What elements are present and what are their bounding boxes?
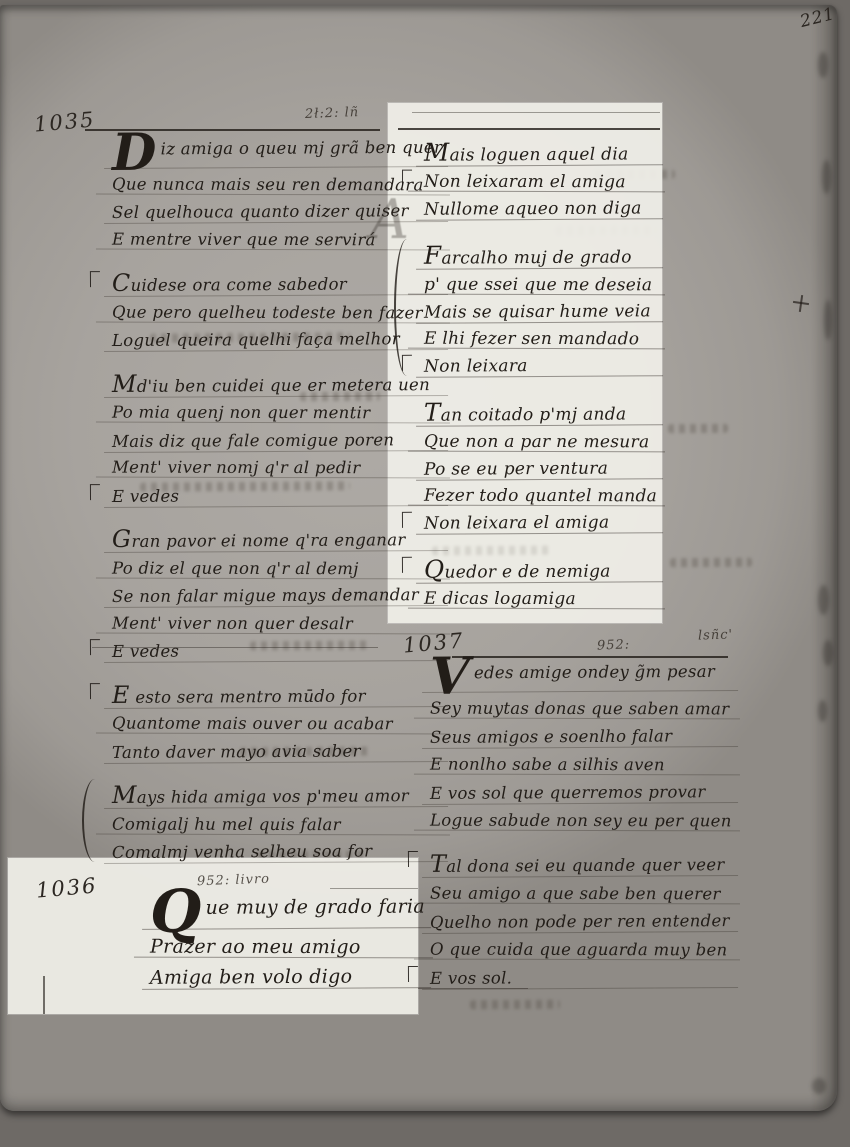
ink-blot (818, 585, 829, 615)
stanza: Md'iu ben cuidei que er metera uenPo mia… (112, 370, 442, 510)
verse-line: Cuidese ora come sabedor (112, 268, 442, 300)
verse-line: O que cuida que aguarda muy ben (430, 935, 732, 964)
verse-line: Non leixara el amiga (424, 509, 657, 537)
colocci-annotation: 952: livro (197, 872, 271, 890)
verse-line: E vedes (112, 481, 442, 511)
verse-line: Quelho non pode per ren entender (430, 907, 732, 937)
verse-line: E vos sol que querremos provar (430, 778, 732, 808)
verse-line: Sey muytas donas que saben amar (430, 694, 732, 723)
ink-blot (822, 160, 831, 194)
pen-stroke (43, 976, 45, 1014)
ink-blot (818, 700, 827, 722)
verse-line: Tanto daver mayo avia saber (112, 737, 442, 767)
verse-line: Md'iu ben cuidei que er metera uen (112, 369, 442, 401)
verse-line: Mays hida amiga vos p'meu amor (112, 780, 442, 812)
verse-line: Que pero quelheu todeste ben fazer (112, 298, 442, 326)
stanza: Mays hida amiga vos p'meu amorComigalj h… (112, 781, 442, 866)
ruled-line (412, 112, 660, 113)
ink-blot (824, 300, 832, 340)
verse-line: Po diz el que non q'r al demj (112, 554, 442, 582)
verse-line: Prazer ao meu amigo (150, 932, 425, 963)
verse-line: E dicas logamiga (424, 586, 657, 614)
verse-line: Farcalho muj de grado (424, 240, 657, 272)
bleed-through-text (668, 424, 728, 433)
poem-1035-right-column: Mais loguen aquel diaNon leixaram el ami… (424, 138, 657, 631)
drop-cap: Q (150, 891, 202, 934)
colocci-annotation: 952: (597, 637, 631, 653)
verse-line: Quedor e de nemiga (424, 554, 657, 586)
verse-line: Nullome aqueo non diga (424, 195, 657, 223)
verse-line: Vedes amige ondey g̃m pesar (430, 657, 732, 696)
poem-1036-block: Que muy de grado fariaPrazer ao meu amig… (150, 890, 425, 1008)
stanza: Mais loguen aquel diaNon leixaram el ami… (424, 138, 657, 223)
ruled-line (92, 647, 378, 648)
verse-line: Mais diz que fale comigue poren (112, 426, 442, 456)
verse-line: Quantome mais ouver ou acabar (112, 710, 442, 738)
ink-blot (823, 640, 833, 666)
colocci-annotation: lsñc' (698, 627, 734, 643)
verse-line: Diz amiga o queu mj grã ben quer (112, 133, 442, 172)
verse-line: Que muy de grado faria (150, 889, 425, 933)
verse-line: Se non falar migue mays demandar (112, 581, 442, 611)
stanza: Tan coitado p'mj andaQue non a par ne me… (424, 398, 657, 537)
stanza: Vedes amige ondey g̃m pesarSey muytas do… (430, 658, 732, 835)
verse-line: Comalmj venha selheu soa for (112, 837, 442, 867)
verse-line: Po se eu per ventura (424, 455, 657, 483)
stanza: Gran pavor ei nome q'ra enganarPo diz el… (112, 525, 442, 665)
drop-cap: D (112, 135, 157, 172)
verse-line: Logue sabude non sey eu per quen (430, 806, 732, 835)
manuscript-scan: 221 1035 2ł:2: lñ Diz amiga o queu mj gr… (0, 0, 850, 1147)
verse-line: Tan coitado p'mj anda (424, 397, 657, 429)
verse-line: Non leixaram el amiga (424, 169, 657, 197)
poem-1037-block: Vedes amige ondey g̃m pesarSey muytas do… (430, 658, 732, 1006)
verse-line: Seus amigos e soenlho falar (430, 722, 732, 752)
verse-line: Fezer todo quantel manda (424, 483, 657, 511)
drop-cap: V (430, 659, 470, 696)
verse-line: Mais se quisar hume veia (424, 298, 657, 326)
ink-blot (812, 1078, 826, 1094)
verse-line: Ment' viver non quer desalr (112, 609, 442, 637)
bleed-through-text (670, 558, 752, 568)
verse-line: Gran pavor ei nome q'ra enganar (112, 524, 442, 556)
verse-line: E lhi fezer sen mandado (424, 326, 657, 354)
verse-line: E vedes (112, 636, 442, 666)
colocci-annotation: 2ł:2: lñ (305, 105, 360, 122)
verse-line: Comigalj hu mel quis falar (112, 810, 442, 838)
verse-line: E nonlho sabe a silhis aven (430, 750, 732, 779)
verse-line: Loguel queira quelhi faça melhor (112, 325, 442, 355)
ink-blot (818, 52, 828, 78)
verse-line: Tal dona sei eu quande quer veer (430, 848, 732, 881)
stanza: Quedor e de nemigaE dicas logamiga (424, 555, 657, 613)
verse-line: Ment' viver nomj q'r al pedir (112, 454, 442, 482)
verse-line: E esto sera mentro mūdo for (112, 680, 442, 712)
verse-line: Non leixara (424, 352, 657, 380)
verse-line: E vos sol. (430, 963, 732, 993)
verse-line: Po mia quenj non quer mentir (112, 399, 442, 427)
stanza: Farcalho muj de gradop' que ssei que me … (424, 241, 657, 380)
verse-line: Mais loguen aquel dia (424, 137, 657, 169)
verse-line: Que non a par ne mesura (424, 429, 657, 457)
verse-line: Seu amigo a que sabe ben querer (430, 879, 732, 908)
stanza: Que muy de grado fariaPrazer ao meu amig… (150, 890, 425, 992)
ruled-line (398, 128, 660, 130)
stanza: Cuidese ora come sabedorQue pero quelheu… (112, 269, 442, 354)
verse-line: Amiga ben volo digo (150, 962, 425, 994)
verse-line: p' que ssei que me deseia (424, 272, 657, 300)
stanza: E esto sera mentro mūdo forQuantome mais… (112, 681, 442, 766)
stanza: Tal dona sei eu quande quer veerSeu amig… (430, 849, 732, 992)
